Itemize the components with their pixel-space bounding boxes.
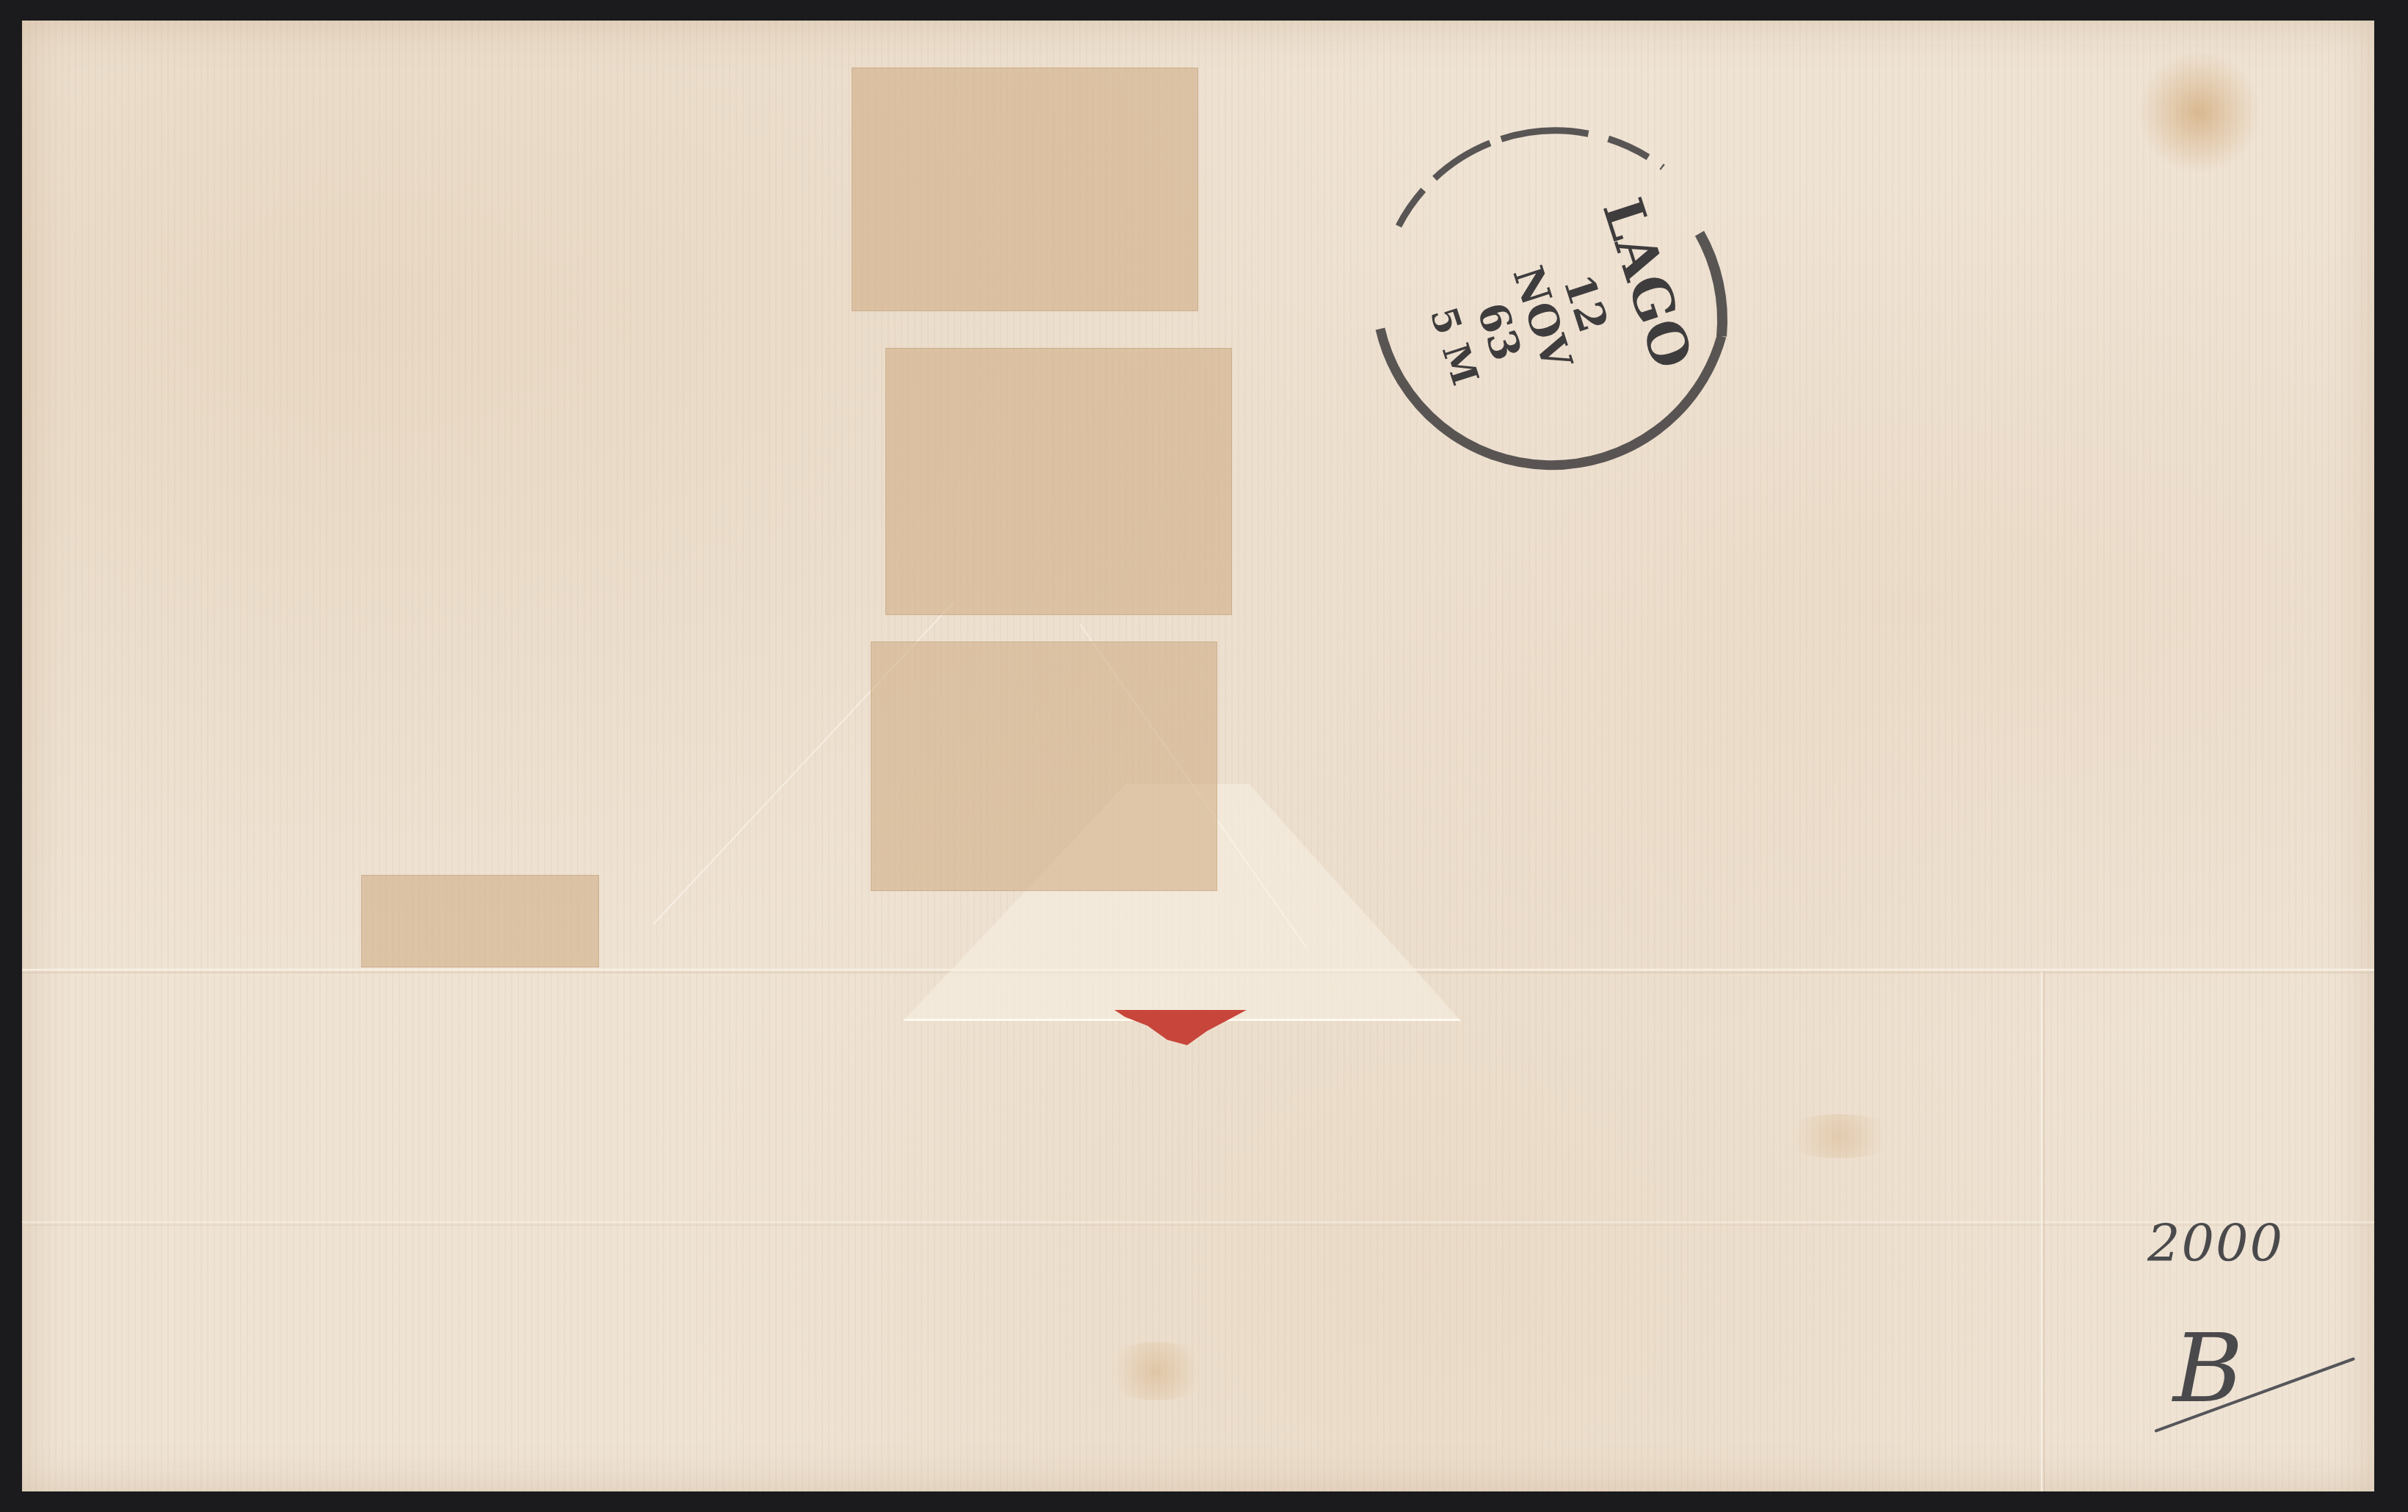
- postmark-datestamp: LAGO 12 NOV 63 5 M: [1354, 123, 1751, 505]
- foxing-stain: [1101, 1342, 1211, 1400]
- foxing-stain: [2136, 50, 2261, 175]
- letter-sheet: top hinge middle hinge lower hinge left …: [22, 21, 2374, 1491]
- hinge-remnant-middle: middle hinge: [885, 348, 1232, 615]
- pencil-number: 2000: [2147, 1213, 2284, 1273]
- foxing-stain: [1777, 1114, 1901, 1158]
- horizontal-fold-lower: [22, 1221, 2374, 1226]
- hinge-remnant-lower: lower hinge: [871, 641, 1217, 891]
- hinge-remnant-top: top hinge: [852, 68, 1198, 311]
- vertical-fold-right: [2041, 972, 2045, 1491]
- hinge-remnant-left: left hinge: [361, 875, 599, 967]
- postmark-town: LAGO: [1590, 191, 1704, 376]
- red-wax-seal: [1114, 1010, 1247, 1045]
- pencil-letter: B: [2173, 1312, 2244, 1424]
